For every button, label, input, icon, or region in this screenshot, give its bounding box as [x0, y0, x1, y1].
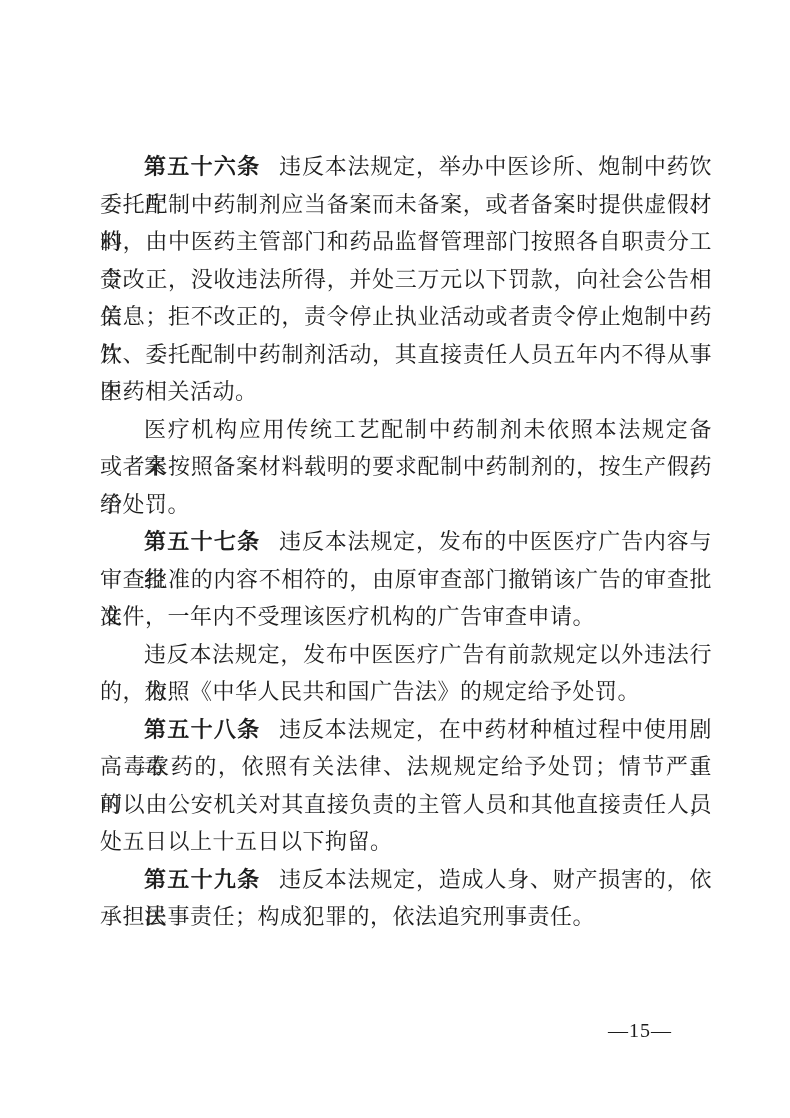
text-line: 予处罚。	[100, 486, 712, 524]
text-line: 处五日以上十五日以下拘留。	[100, 823, 712, 861]
text-line: 承担民事责任；构成犯罪的，依法追究刑事责任。	[100, 898, 712, 936]
text-line: 第五十六条违反本法规定，举办中医诊所、炮制中药饮片、	[100, 148, 712, 186]
line-text: 医药相关活动。	[100, 379, 258, 404]
text-line: 第五十八条违反本法规定，在中药材种植过程中使用剧毒、	[100, 711, 712, 749]
article-number: 第五十六条	[144, 154, 260, 179]
document-page: 第五十六条违反本法规定，举办中医诊所、炮制中药饮片、委托配制中药制剂应当备案而未…	[0, 0, 790, 1118]
text-line: 文件，一年内不受理该医疗机构的广告审查申请。	[100, 598, 712, 636]
page-number: —15—	[608, 1020, 672, 1043]
text-line: 委托配制中药制剂应当备案而未备案，或者备案时提供虚假材料	[100, 186, 712, 224]
text-line: 令改正，没收违法所得，并处三万元以下罚款，向社会公告相关	[100, 261, 712, 299]
text-line: 信息；拒不改正的，责令停止执业活动或者责令停止炮制中药饮	[100, 298, 712, 336]
text-line: 或者未按照备案材料载明的要求配制中药制剂的，按生产假药给	[100, 448, 712, 486]
text-line: 高毒农药的，依照有关法律、法规规定给予处罚；情节严重的，	[100, 748, 712, 786]
text-line: 医疗机构应用传统工艺配制中药制剂未依照本法规定备案，	[100, 411, 712, 449]
line-text: 可以由公安机关对其直接负责的主管人员和其他直接责任人员	[100, 792, 712, 817]
text-line: 审查批准的内容不相符的，由原审查部门撤销该广告的审查批准	[100, 561, 712, 599]
text-line: 可以由公安机关对其直接负责的主管人员和其他直接责任人员	[100, 786, 712, 824]
text-line: 第五十七条违反本法规定，发布的中医医疗广告内容与经	[100, 523, 712, 561]
line-text: 的，依照《中华人民共和国广告法》的规定给予处罚。	[100, 679, 640, 704]
line-text: 予处罚。	[100, 492, 190, 517]
article-number: 第五十七条	[144, 529, 260, 554]
text-line: 的，依照《中华人民共和国广告法》的规定给予处罚。	[100, 673, 712, 711]
line-text: 处五日以上十五日以下拘留。	[100, 829, 393, 854]
text-line: 违反本法规定，发布中医医疗广告有前款规定以外违法行为	[100, 636, 712, 674]
line-text: 承担民事责任；构成犯罪的，依法追究刑事责任。	[100, 904, 595, 929]
article-number: 第五十八条	[144, 717, 260, 742]
text-line: 医药相关活动。	[100, 373, 712, 411]
article-number: 第五十九条	[144, 867, 260, 892]
text-line: 第五十九条违反本法规定，造成人身、财产损害的，依法	[100, 861, 712, 899]
text-line: 片、委托配制中药制剂活动，其直接责任人员五年内不得从事中	[100, 336, 712, 374]
text-line: 的，由中医药主管部门和药品监督管理部门按照各自职责分工责	[100, 223, 712, 261]
line-text: 文件，一年内不受理该医疗机构的广告审查申请。	[100, 604, 595, 629]
document-body: 第五十六条违反本法规定，举办中医诊所、炮制中药饮片、委托配制中药制剂应当备案而未…	[100, 148, 712, 936]
